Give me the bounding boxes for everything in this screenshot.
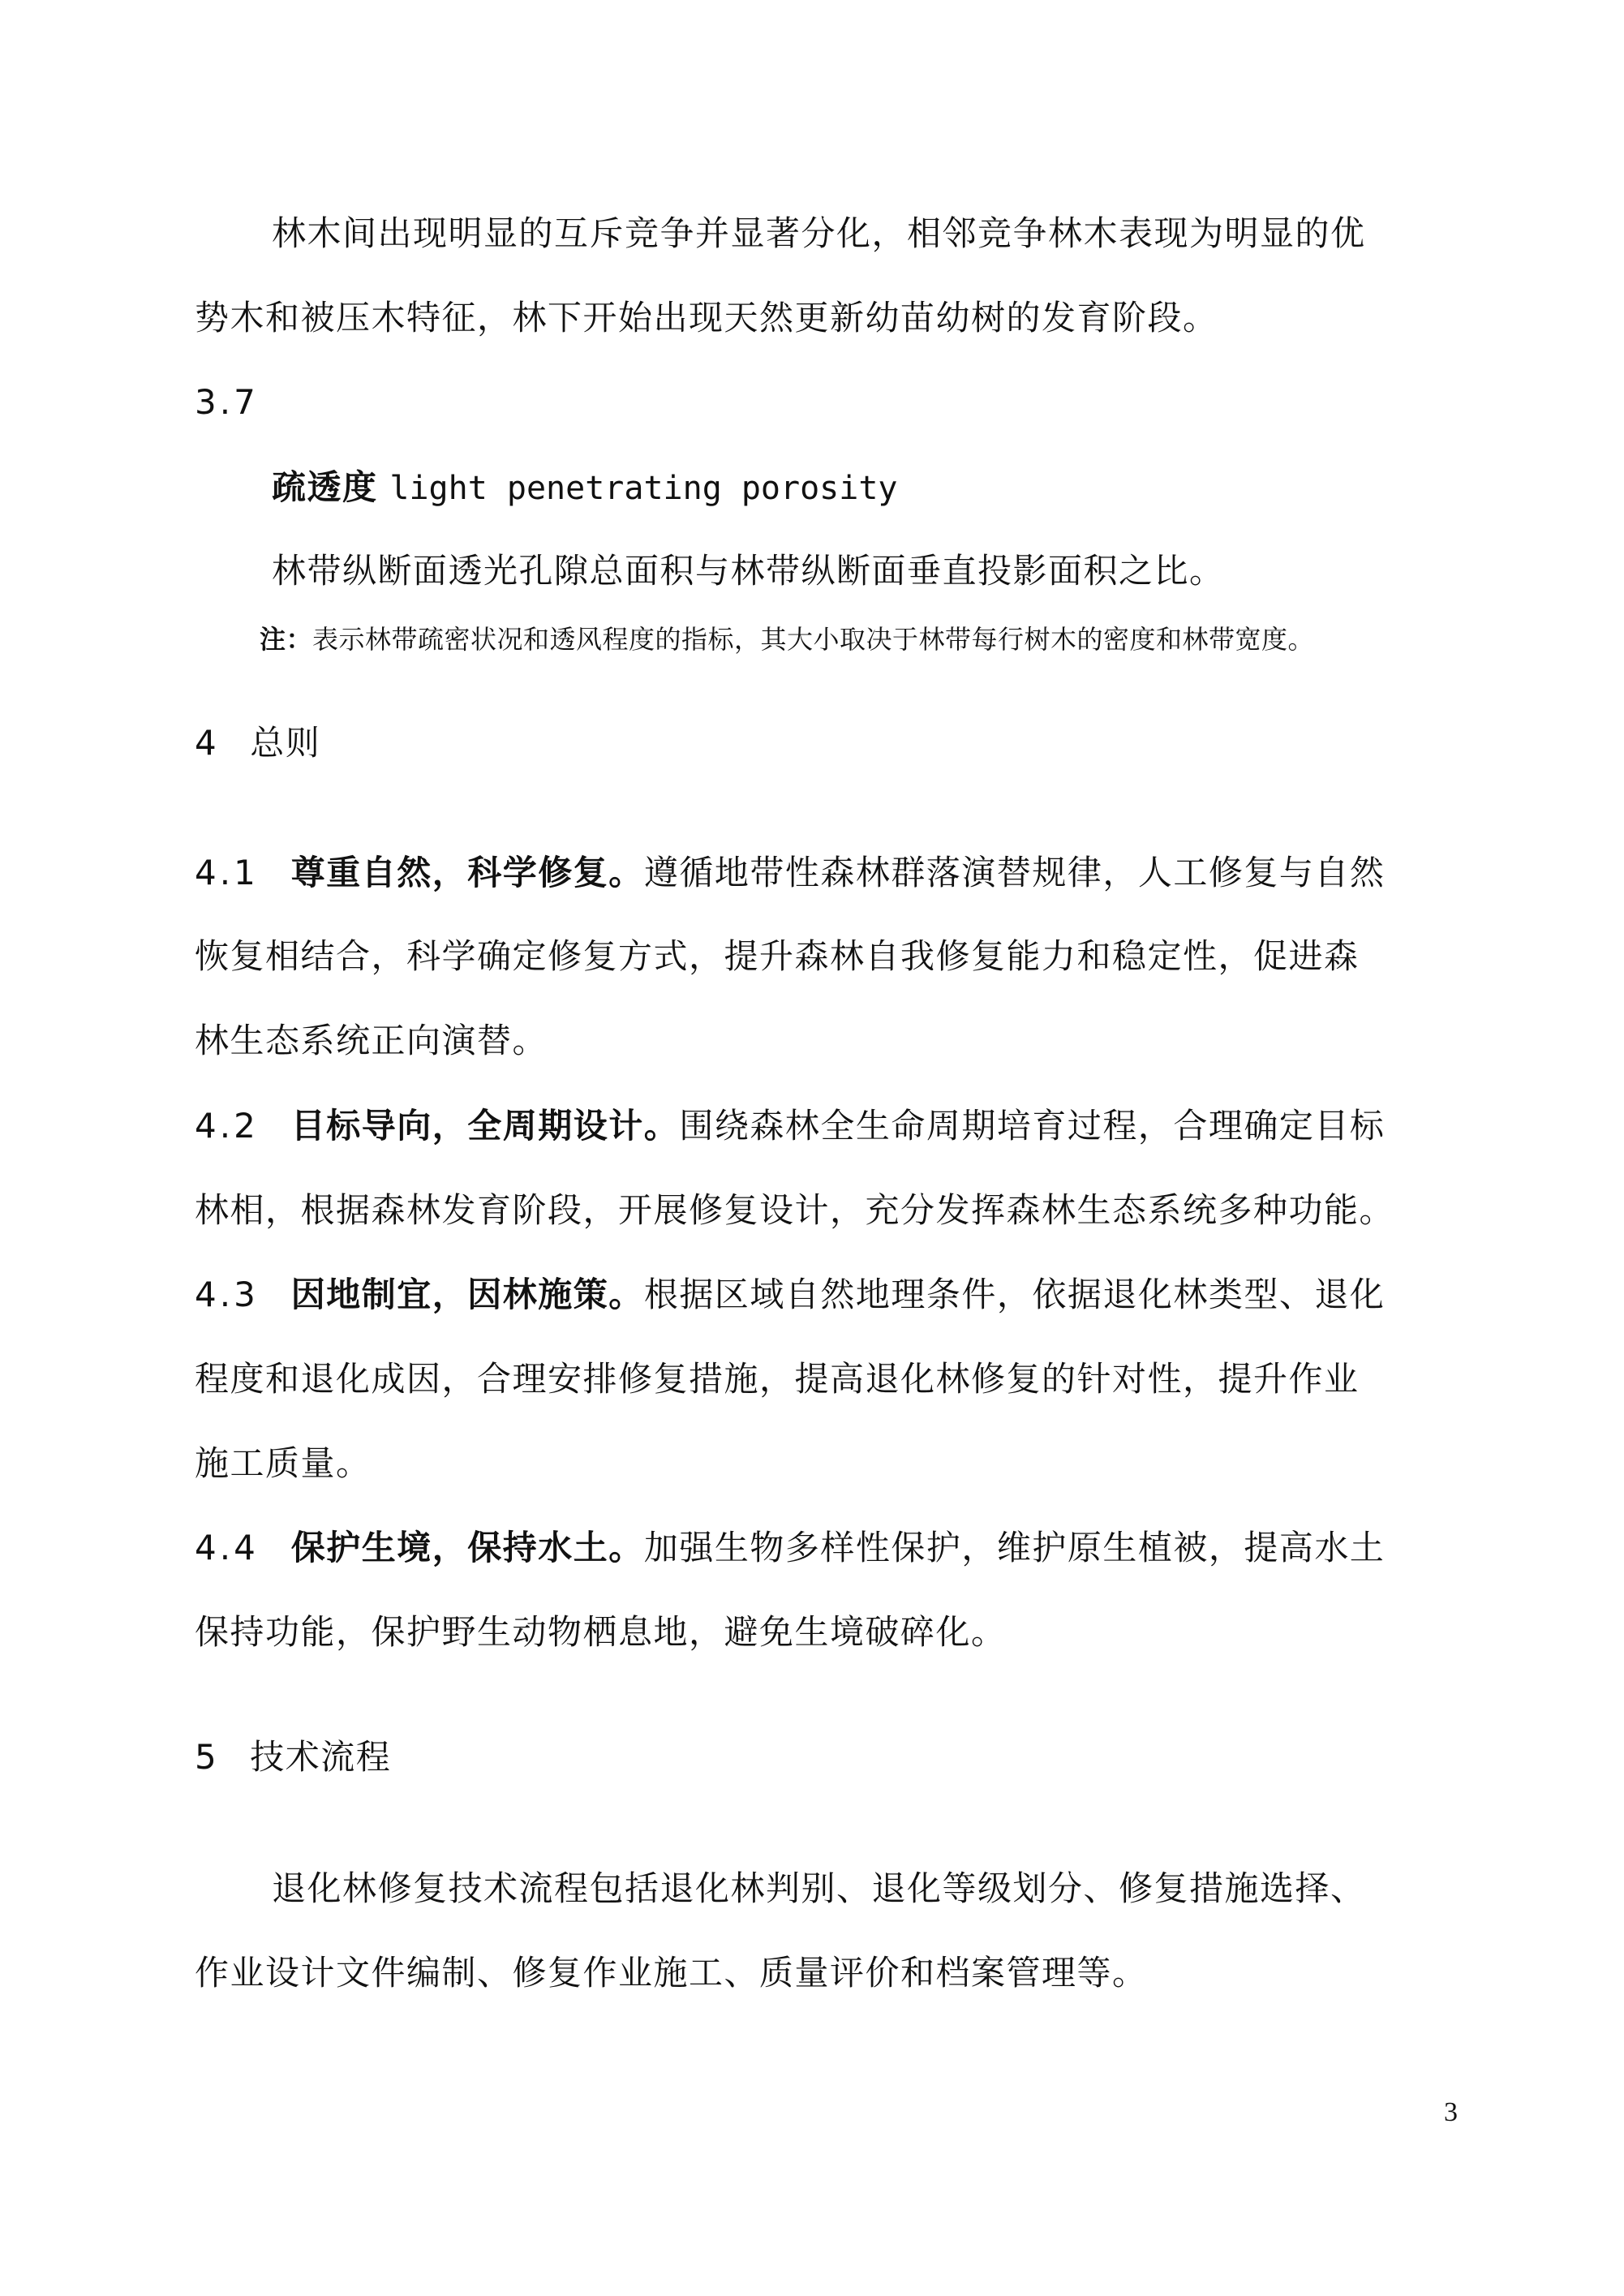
page-number: 3 (1444, 2097, 1458, 2128)
term-definition: 林带纵断面透光孔隙总面积与林带纵断面垂直投影面积之比。 (272, 550, 1225, 592)
term-zh: 疏透度 (272, 467, 378, 507)
clause-heading: 目标导向，全周期设计。 (291, 1106, 680, 1146)
clause-heading: 尊重自然，科学修复。 (291, 853, 644, 892)
paragraph-line: 势木和被压木特征，林下开始出现天然更新幼苗幼树的发育阶段。 (195, 297, 1218, 339)
clause-number: 4.4 (195, 1528, 259, 1567)
clause-number: 4.2 (195, 1106, 259, 1146)
section-number: 4 (195, 723, 217, 763)
note-label: 注： (260, 624, 312, 655)
clause-4-3: 4.3因地制宜，因林施策。根据区域自然地理条件，依据退化林类型、退化 (195, 1274, 1385, 1316)
paragraph-line: 林木间出现明显的互斥竞争并显著分化，相邻竞争林木表现为明显的优 (272, 213, 1366, 255)
clause-4-1: 4.1尊重自然，科学修复。遵循地带性森林群落演替规律，人工修复与自然 (195, 852, 1385, 894)
document-page: 林木间出现明显的互斥竞争并显著分化，相邻竞争林木表现为明显的优 势木和被压木特征… (0, 0, 1624, 2296)
section-number: 5 (195, 1737, 217, 1777)
clause-4-4: 4.4保护生境，保持水土。加强生物多样性保护，维护原生植被，提高水土 (195, 1527, 1385, 1569)
clause-4-2: 4.2目标导向，全周期设计。围绕森林全生命周期培育过程，合理确定目标 (195, 1105, 1385, 1147)
clause-heading: 保护生境，保持水土。 (291, 1528, 644, 1567)
section-title: 技术流程 (250, 1737, 391, 1777)
paragraph-line: 退化林修复技术流程包括退化林判别、退化等级划分、修复措施选择、 (272, 1868, 1366, 1910)
note-text: 表示林带疏密状况和透风程度的指标，其大小取决于林带每行树木的密度和林带宽度。 (312, 624, 1314, 655)
paragraph-line: 保持功能，保护野生动物栖息地，避免生境破碎化。 (195, 1611, 1007, 1653)
clause-number: 4.3 (195, 1275, 259, 1314)
paragraph-line: 林生态系统正向演替。 (195, 1020, 548, 1062)
clause-heading: 因地制宜，因林施策。 (291, 1275, 644, 1314)
paragraph-line: 施工质量。 (195, 1443, 372, 1485)
clause-number: 4.1 (195, 853, 259, 892)
section-title: 总则 (250, 723, 320, 763)
paragraph-line: 程度和退化成因，合理安排修复措施，提高退化林修复的针对性，提升作业 (195, 1358, 1360, 1400)
clause-text: 根据区域自然地理条件，依据退化林类型、退化 (644, 1275, 1386, 1314)
section-heading: 5技术流程 (195, 1736, 391, 1778)
term-heading: 疏透度 light penetrating porosity (272, 467, 898, 510)
term-note: 注：表示林带疏密状况和透风程度的指标，其大小取决于林带每行树木的密度和林带宽度。 (260, 623, 1314, 656)
clause-text: 遵循地带性森林群落演替规律，人工修复与自然 (644, 853, 1386, 892)
clause-text: 加强生物多样性保护，维护原生植被，提高水土 (644, 1528, 1386, 1567)
paragraph-line: 恢复相结合，科学确定修复方式，提升森林自我修复能力和稳定性，促进森 (195, 935, 1360, 978)
clause-text: 围绕森林全生命周期培育过程，合理确定目标 (679, 1106, 1385, 1146)
section-heading: 4总则 (195, 722, 320, 764)
paragraph-line: 作业设计文件编制、修复作业施工、质量评价和档案管理等。 (195, 1952, 1148, 1994)
term-number: 3.7 (195, 381, 259, 424)
term-en: light penetrating porosity (389, 470, 897, 507)
paragraph-line: 林相，根据森林发育阶段，开展修复设计，充分发挥森林生态系统多种功能。 (195, 1189, 1394, 1232)
